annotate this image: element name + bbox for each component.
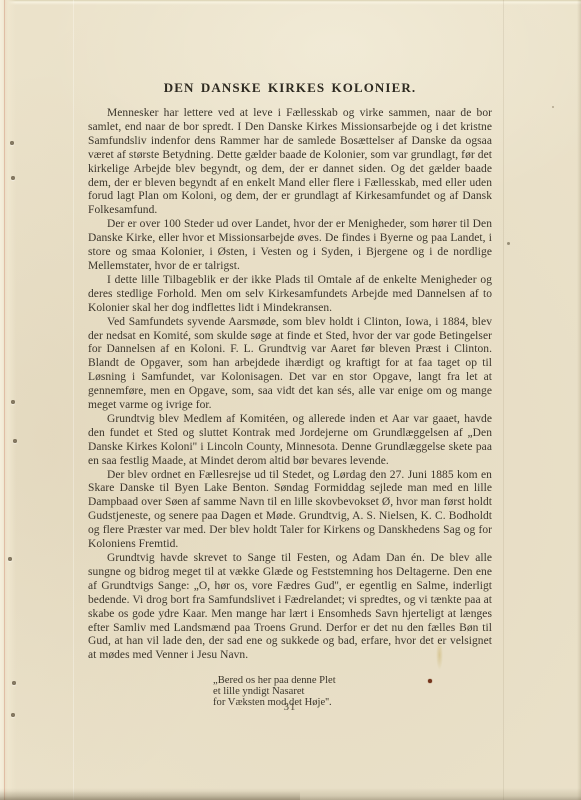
paper-crease-right — [503, 0, 504, 800]
scanned-book-page: DEN DANSKE KIRKES KOLONIER. Mennesker ha… — [0, 0, 581, 800]
page-bottom-edge — [0, 788, 581, 800]
binding-hole — [10, 141, 14, 145]
page-number: 31 — [88, 702, 492, 713]
paper-speck — [507, 242, 510, 245]
paper-crease-left — [73, 0, 74, 800]
binding-hole — [8, 557, 12, 561]
page-title: DEN DANSKE KIRKES KOLONIER. — [88, 80, 492, 96]
paragraph-4: Ved Samfundets syvende Aarsmøde, som ble… — [88, 316, 492, 413]
paragraph-7: Grundtvig havde skrevet to Sange til Fes… — [88, 552, 492, 663]
page-right-edge — [577, 0, 581, 800]
paragraph-3: I dette lille Tilbageblik er der ikke Pl… — [88, 274, 492, 316]
article-body: Mennesker har lettere ved at leve i Fæll… — [88, 107, 492, 663]
binding-hole — [12, 681, 16, 685]
binding-hole — [11, 176, 15, 180]
paragraph-2: Der er over 100 Steder ud over Landet, h… — [88, 218, 492, 274]
page-top-edge — [0, 0, 581, 5]
text-block: DEN DANSKE KIRKES KOLONIER. Mennesker ha… — [88, 80, 492, 709]
binding-hole — [11, 713, 15, 717]
binding-hole — [11, 400, 15, 404]
binding-crease-line — [4, 0, 5, 800]
paper-speck — [552, 106, 554, 108]
binding-hole — [13, 439, 17, 443]
paragraph-5: Grundtvig blev Medlem af Komitéen, og al… — [88, 413, 492, 469]
paragraph-6: Der blev ordnet en Fællesrejse ud til St… — [88, 469, 492, 552]
paragraph-1: Mennesker har lettere ved at leve i Fæll… — [88, 107, 492, 218]
